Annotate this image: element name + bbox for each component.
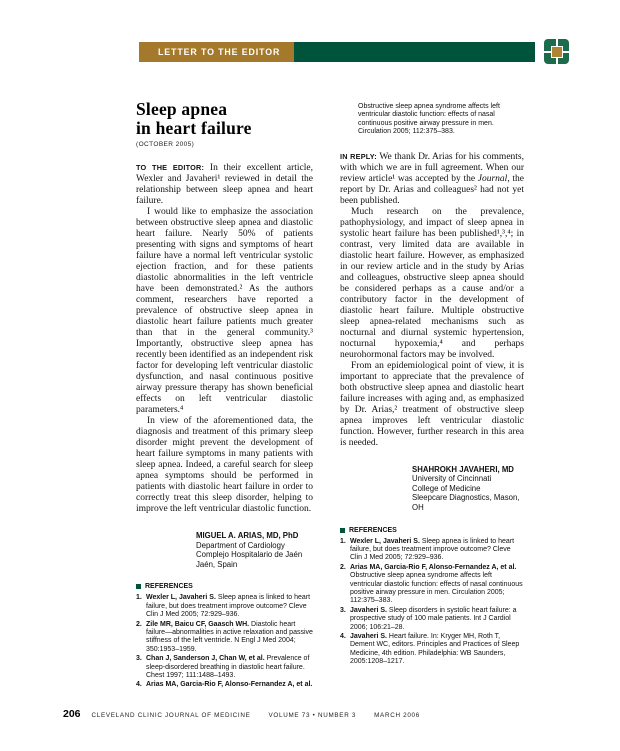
- reference-item: 1. Wexler L, Javaheri S. Sleep apnea is …: [340, 538, 524, 563]
- reference-number: 1.: [136, 594, 146, 619]
- letter-references-heading-label: REFERENCES: [145, 583, 193, 590]
- page-footer: 206 CLEVELAND CLINIC JOURNAL OF MEDICINE…: [63, 708, 593, 720]
- reference-text: Obstructive sleep apnea syndrome affects…: [350, 572, 523, 604]
- reference-body: Arias MA, Garcia-Rio F, Alonso-Fernandez…: [350, 564, 524, 606]
- banner-green-rule: [294, 42, 535, 62]
- reference-authors: Arias MA, Garcia-Rio F, Alonso-Fernandez…: [146, 681, 312, 688]
- letter-references-heading: REFERENCES: [136, 583, 313, 590]
- page-number: 206: [63, 708, 81, 720]
- issue-date: MARCH 2006: [374, 712, 420, 719]
- letter-references-list: 1. Wexler L, Javaheri S. Sleep apnea is …: [136, 594, 313, 689]
- square-bullet-icon: [340, 528, 345, 533]
- reply-salutation: IN REPLY:: [340, 152, 377, 161]
- clover-logo-icon: [544, 39, 569, 64]
- reference-item: 3. Javaheri S. Sleep disorders in systol…: [340, 607, 524, 632]
- reply-author-affil-1: University of Cincinnati: [412, 474, 524, 484]
- article-title-line1: Sleep apnea: [136, 100, 313, 119]
- letter-paragraph-3: In view of the aforementioned data, the …: [136, 416, 313, 515]
- reference-body: Javaheri S. Sleep disorders in systolic …: [350, 607, 524, 632]
- reference-item: 3. Chan J, Sanderson J, Chan W, et al. P…: [136, 655, 313, 680]
- journal-page: LETTER TO THE EDITOR Sleep apnea in hear…: [0, 0, 620, 751]
- right-column: Obstructive sleep apnea syndrome affects…: [340, 100, 524, 668]
- reference-number: 4.: [136, 681, 146, 689]
- reply-author-affil-2: College of Medicine: [412, 484, 524, 494]
- reference-number: 3.: [340, 607, 350, 632]
- reference-body: Arias MA, Garcia-Rio F, Alonso-Fernandez…: [146, 681, 313, 689]
- letter-signature: MIGUEL A. ARIAS, MD, PhD Department of C…: [196, 531, 313, 569]
- logo-center-square: [551, 46, 563, 58]
- reply-paragraph-1: IN REPLY: We thank Dr. Arias for his com…: [340, 151, 524, 207]
- reference-item: 4. Javaheri S. Heart failure. In: Kryger…: [340, 633, 524, 667]
- reference-authors: Wexler L, Javaheri S.: [146, 594, 216, 601]
- letter-paragraph-1: TO THE EDITOR: In their excellent articl…: [136, 162, 313, 207]
- section-banner-label: LETTER TO THE EDITOR: [139, 42, 294, 62]
- reference-body: Javaheri S. Heart failure. In: Kryger MH…: [350, 633, 524, 667]
- reply-author-affil-3: Sleepcare Diagnostics, Mason, OH: [412, 493, 524, 512]
- reference-number: 3.: [136, 655, 146, 680]
- reference-item: 2. Arias MA, Garcia-Rio F, Alonso-Fernan…: [340, 564, 524, 606]
- journal-name: CLEVELAND CLINIC JOURNAL OF MEDICINE: [92, 712, 251, 719]
- issue-note: (OCTOBER 2005): [136, 141, 313, 148]
- reference-number: 2.: [340, 564, 350, 606]
- reply-references-heading: REFERENCES: [340, 527, 524, 534]
- letter-author-affil-2: Complejo Hospitalario de Jaén: [196, 550, 313, 560]
- reference-4-continuation: Obstructive sleep apnea syndrome affects…: [340, 103, 524, 137]
- reference-authors: Javaheri S.: [350, 607, 387, 614]
- reply-signature: SHAHROKH JAVAHERI, MD University of Cinc…: [412, 465, 524, 513]
- reply-paragraph-3: From an epidemiological point of view, i…: [340, 361, 524, 449]
- reference-item: 4. Arias MA, Garcia-Rio F, Alonso-Fernan…: [136, 681, 313, 689]
- letter-author-affil-3: Jaén, Spain: [196, 560, 313, 570]
- reference-number: 2.: [136, 621, 146, 655]
- reply-references-list: 1. Wexler L, Javaheri S. Sleep apnea is …: [340, 538, 524, 667]
- reference-number: 4.: [340, 633, 350, 667]
- reference-authors: Wexler L, Javaheri S.: [350, 538, 420, 545]
- reference-body: Wexler L, Javaheri S. Sleep apnea is lin…: [146, 594, 313, 619]
- letter-author-affil-1: Department of Cardiology: [196, 541, 313, 551]
- article-title: Sleep apnea in heart failure: [136, 100, 313, 138]
- reference-item: 1. Wexler L, Javaheri S. Sleep apnea is …: [136, 594, 313, 619]
- reply-paragraph-2: Much research on the prevalence, pathoph…: [340, 207, 524, 361]
- square-bullet-icon: [136, 584, 141, 589]
- letter-salutation: TO THE EDITOR:: [136, 163, 204, 172]
- reply-author-name: SHAHROKH JAVAHERI, MD: [412, 465, 524, 475]
- reply-references-heading-label: REFERENCES: [349, 527, 397, 534]
- reference-number: 1.: [340, 538, 350, 563]
- reference-body: Chan J, Sanderson J, Chan W, et al. Prev…: [146, 655, 313, 680]
- volume-info: VOLUME 73 • NUMBER 3: [269, 712, 357, 719]
- reference-authors: Chan J, Sanderson J, Chan W, et al.: [146, 655, 265, 662]
- journal-word-italic: Journal: [478, 174, 508, 184]
- letter-paragraph-2: I would like to emphasize the associatio…: [136, 207, 313, 416]
- article-title-line2: in heart failure: [136, 119, 313, 138]
- page-header-banner: LETTER TO THE EDITOR: [139, 42, 535, 62]
- reference-authors: Javaheri S.: [350, 633, 387, 640]
- reference-authors: Arias MA, Garcia-Rio F, Alonso-Fernandez…: [350, 564, 516, 571]
- reference-item: 2. Zile MR, Baicu CF, Gaasch WH. Diastol…: [136, 621, 313, 655]
- reference-authors: Zile MR, Baicu CF, Gaasch WH.: [146, 621, 249, 628]
- reference-body: Wexler L, Javaheri S. Sleep apnea is lin…: [350, 538, 524, 563]
- left-column: Sleep apnea in heart failure (OCTOBER 20…: [136, 100, 313, 691]
- letter-author-name: MIGUEL A. ARIAS, MD, PhD: [196, 531, 313, 541]
- reference-body: Zile MR, Baicu CF, Gaasch WH. Diastolic …: [146, 621, 313, 655]
